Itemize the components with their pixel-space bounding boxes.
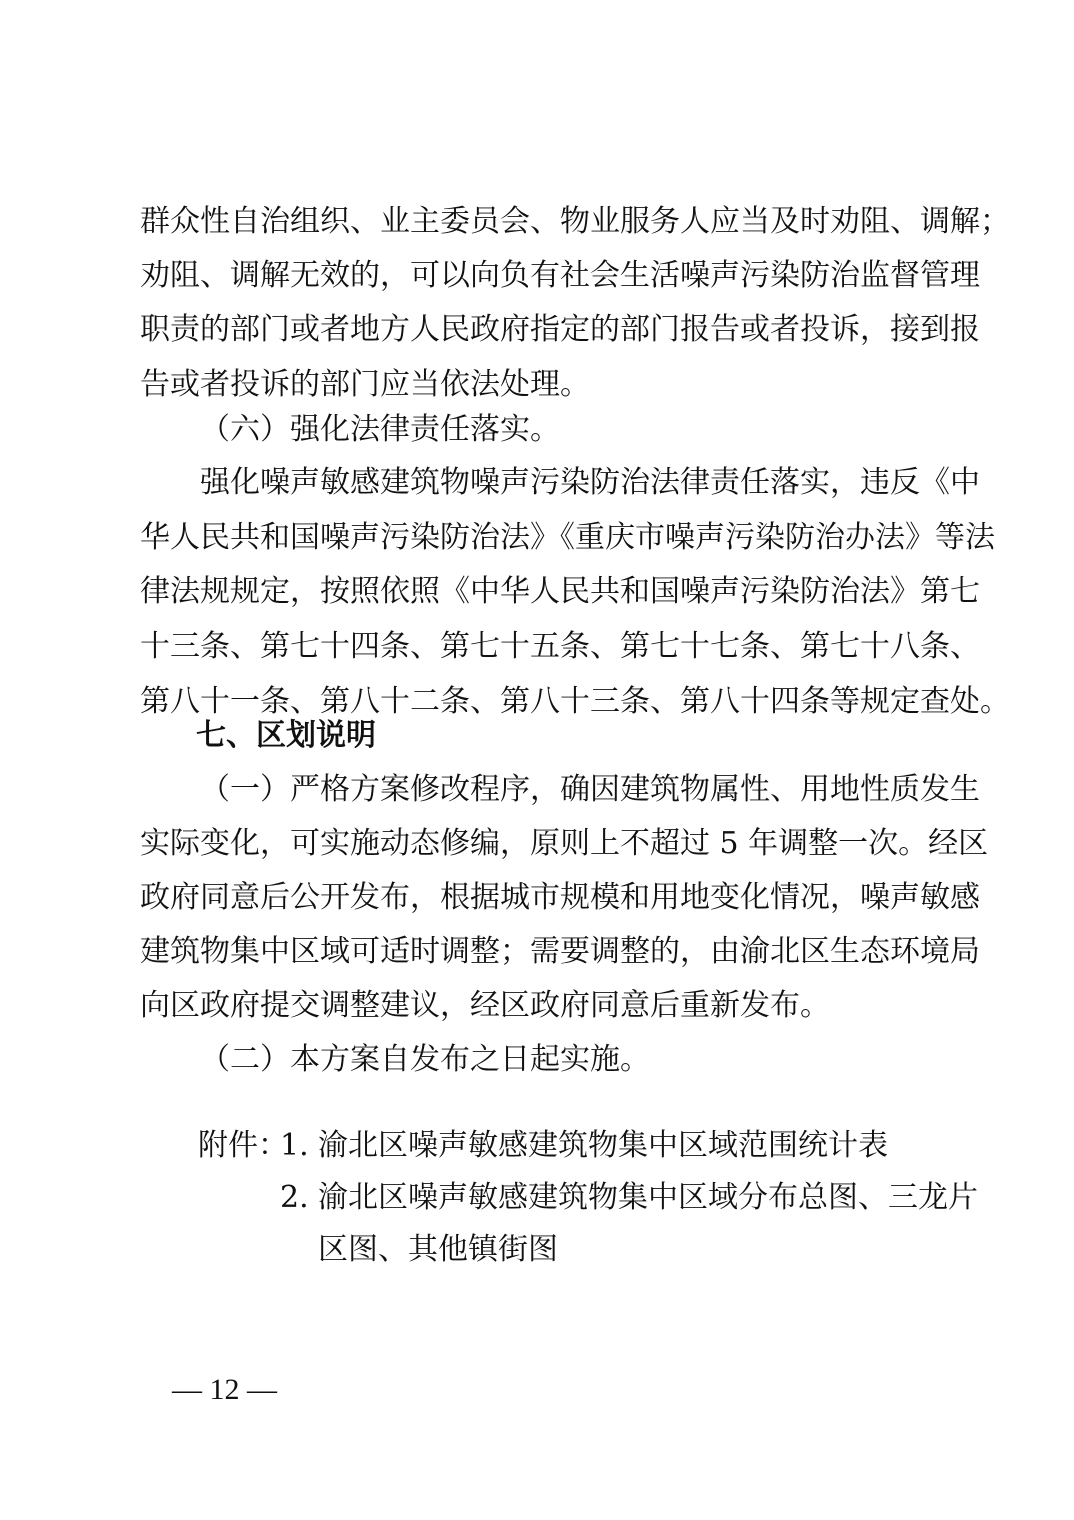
page-number: — 12 — — [172, 1368, 277, 1412]
body-text-line: 十三条、第七十四条、第七十五条、第七十七条、第七十八条、 — [140, 625, 940, 669]
body-text-line: 告或者投诉的部门应当依法处理。 — [140, 363, 940, 407]
attachment-item-continued: 区图、其他镇街图 — [318, 1228, 558, 1272]
attachment-item: 渝北区噪声敏感建筑物集中区域分布总图、三龙片 — [318, 1176, 938, 1220]
body-text-line: 华人民共和国噪声污染防治法》《重庆市噪声污染防治办法》等法 — [140, 516, 940, 560]
attachment-number: 2. — [280, 1176, 309, 1220]
attachment-number: 1. — [280, 1124, 309, 1168]
body-text-line: 律法规规定，按照依照《中华人民共和国噪声污染防治法》第七 — [140, 570, 940, 614]
body-text-line: 职责的部门或者地方人民政府指定的部门报告或者投诉，接到报 — [140, 308, 940, 352]
body-text-line: 向区政府提交调整建议，经区政府同意后重新发布。 — [140, 984, 940, 1028]
section-heading: 七、区划说明 — [196, 714, 596, 758]
document-page: 群众性自治组织、业主委员会、物业服务人应当及时劝阻、调解； 劝阻、调解无效的，可… — [0, 0, 1074, 1520]
attachment-item: 渝北区噪声敏感建筑物集中区域范围统计表 — [318, 1124, 888, 1168]
body-text-line: 群众性自治组织、业主委员会、物业服务人应当及时劝阻、调解； — [140, 200, 940, 244]
subsection-title: （六）强化法律责任落实。 — [200, 408, 940, 452]
body-text-line: （一）严格方案修改程序，确因建筑物属性、用地性质发生 — [200, 768, 940, 812]
body-text-line: （二）本方案自发布之日起实施。 — [200, 1038, 940, 1082]
attachments-label: 附件： — [198, 1124, 288, 1168]
body-text-line: 劝阻、调解无效的，可以向负有社会生活噪声污染防治监督管理 — [140, 254, 940, 298]
body-text-line: 实际变化，可实施动态修编，原则上不超过 5 年调整一次。经区 — [140, 822, 940, 866]
body-text-line: 政府同意后公开发布，根据城市规模和用地变化情况，噪声敏感 — [140, 876, 940, 920]
body-text-line: 建筑物集中区域可适时调整；需要调整的，由渝北区生态环境局 — [140, 930, 940, 974]
body-text-line: 强化噪声敏感建筑物噪声污染防治法律责任落实，违反《中 — [200, 461, 940, 505]
